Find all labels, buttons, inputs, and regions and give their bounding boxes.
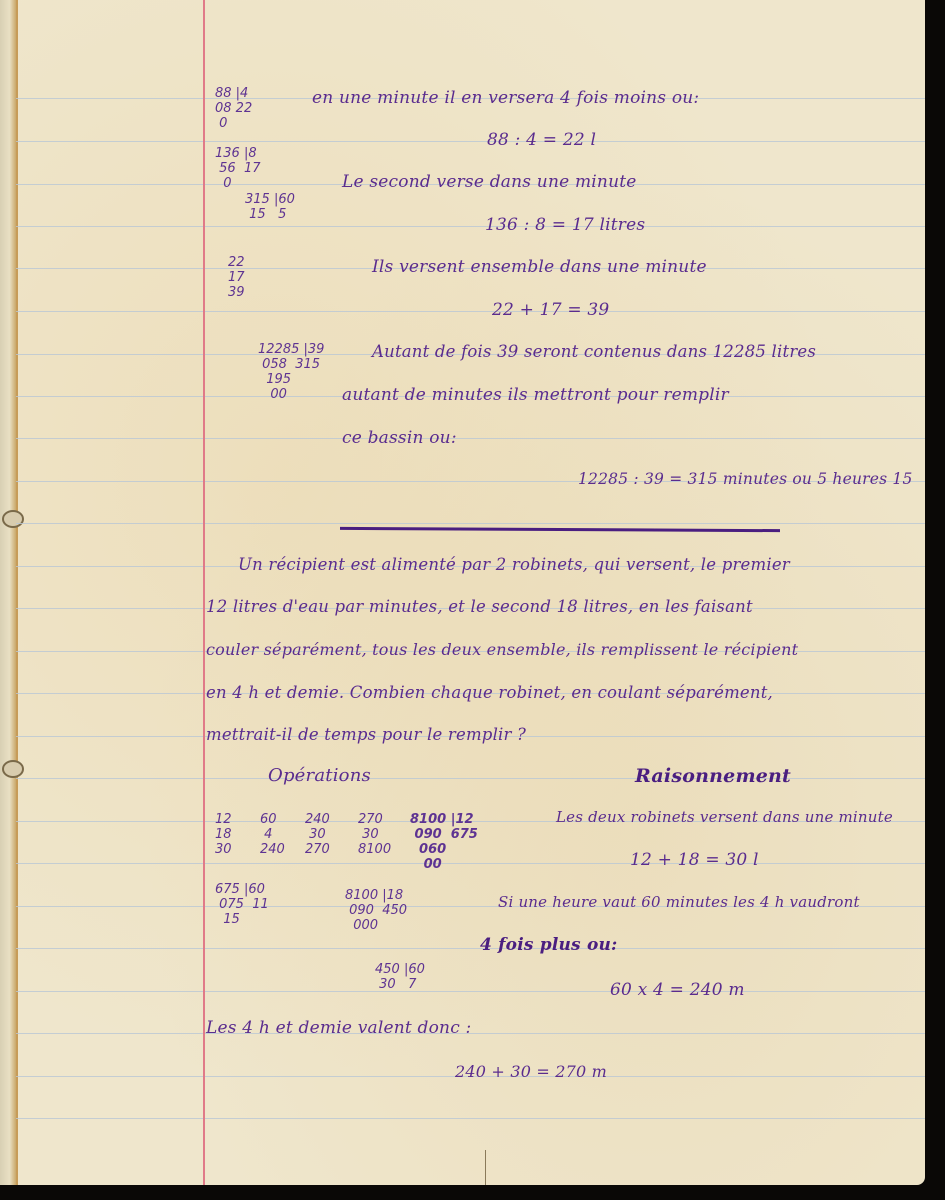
rule-line (16, 991, 925, 992)
p1-line-ce-bassin: ce bassin ou: (342, 428, 457, 448)
p2-statement-line-3: couler séparément, tous les deux ensembl… (206, 640, 798, 659)
rule-line (16, 948, 925, 949)
reasoning-equation-12-plus-18: 12 + 18 = 30 l (630, 850, 759, 870)
p1-equation-88-div-4: 88 : 4 = 22 l (487, 130, 596, 150)
p2-statement-line-1: Un récipient est alimenté par 2 robinets… (238, 555, 790, 574)
op-calc-12-plus-18: 12 18 30 (215, 812, 232, 857)
red-margin-line (203, 0, 205, 1185)
section-divider-line (340, 527, 780, 532)
paper-tear-mark (485, 1150, 486, 1185)
p2-statement-line-4: en 4 h et demie. Combien chaque robinet,… (206, 683, 773, 702)
reasoning-line-4h-demie: Les 4 h et demie valent donc : (206, 1018, 471, 1038)
p1-line-ensemble: Ils versent ensemble dans une minute (372, 257, 707, 277)
rule-line (16, 438, 925, 439)
rule-line (16, 311, 925, 312)
p1-line-autant-de-fois: Autant de fois 39 seront contenus dans 1… (372, 342, 816, 361)
margin-calc-315-div-60: 315 |60 15 5 (245, 192, 295, 222)
p1-equation-22-plus-17: 22 + 17 = 39 (492, 300, 609, 320)
p1-result-equation: 12285 : 39 = 315 minutes ou 5 heures 15 (578, 470, 913, 488)
p2-statement-line-2: 12 litres d'eau par minutes, et le secon… (206, 597, 753, 616)
rule-line (16, 523, 925, 524)
p2-statement-line-5: mettrait-il de temps pour le remplir ? (206, 725, 526, 744)
rule-line (16, 226, 925, 227)
p1-line-1: en une minute il en versera 4 fois moins… (312, 88, 699, 108)
reasoning-line-heure: Si une heure vaut 60 minutes les 4 h vau… (498, 893, 860, 911)
reasoning-equation-60-times-4: 60 x 4 = 240 m (610, 980, 745, 1000)
rule-line (16, 1118, 925, 1119)
op-calc-450-div-60: 450 |60 30 7 (375, 962, 425, 992)
p1-line-second-verse: Le second verse dans une minute (342, 172, 637, 192)
binding-stitch (2, 760, 24, 778)
margin-calc-22-plus-17: 22 17 39 (228, 255, 245, 300)
margin-calc-136-div-8: 136 |8 56 17 0 (215, 146, 260, 191)
reasoning-line-4-fois: 4 fois plus ou: (480, 935, 618, 955)
op-calc-8100-div-12: 8100 |12 090 675 060 00 (410, 812, 478, 872)
binding-stitch (2, 510, 24, 528)
heading-operations: Opérations (268, 765, 371, 786)
op-calc-270-times-30: 270 30 8100 (358, 812, 391, 857)
notebook-spine (0, 0, 18, 1185)
margin-calc-88-div-4: 88 |4 08 22 0 (215, 86, 252, 131)
reasoning-equation-240-plus-30: 240 + 30 = 270 m (455, 1062, 607, 1081)
op-calc-60-times-4: 60 4 240 (260, 812, 285, 857)
margin-calc-12285-div-39: 12285 |39 058 315 195 00 (258, 342, 324, 402)
heading-raisonnement: Raisonnement (635, 765, 791, 787)
op-calc-8100-div-18: 8100 |18 090 450 000 (345, 888, 407, 933)
reasoning-line-1: Les deux robinets versent dans une minut… (556, 808, 893, 826)
notebook-page: 88 |4 08 22 0 136 |8 56 17 0 315 |60 15 … (0, 0, 925, 1185)
p1-equation-136-div-8: 136 : 8 = 17 litres (485, 215, 645, 235)
op-calc-675-div-60: 675 |60 075 11 15 (215, 882, 269, 927)
rule-line (16, 141, 925, 142)
p1-line-autant-de-minutes: autant de minutes ils mettront pour remp… (342, 385, 729, 405)
op-calc-240-plus-30: 240 30 270 (305, 812, 330, 857)
